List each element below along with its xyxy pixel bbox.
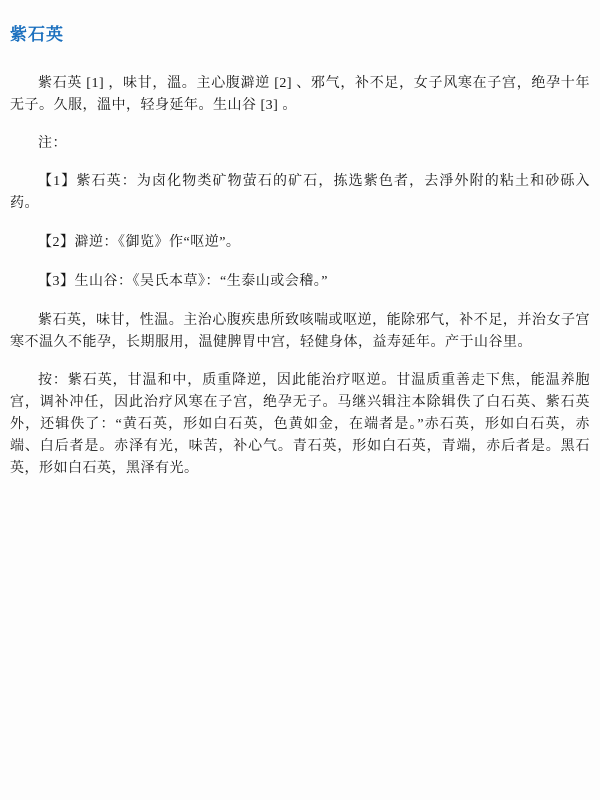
- note-item-3: 【3】生山谷：《吴氏本草》：“生泰山或会稽。”: [10, 271, 590, 293]
- notes-section-label: 注：: [10, 133, 590, 155]
- note-item-1: 【1】紫石英：为卤化物类矿物萤石的矿石，拣选紫色者，去淨外附的粘土和砂砾入药。: [10, 171, 590, 215]
- translation-paragraph: 紫石英，味甘，性温。主治心腹疾患所致咳喘或呕逆，能除邪气，补不足，并治女子宫寒不…: [10, 310, 590, 354]
- commentary-paragraph: 按：紫石英，甘温和中，质重降逆，因此能治疗呕逆。甘温质重善走下焦，能温养胞宫，调…: [10, 370, 590, 480]
- document-page: 紫石英 紫石英 [1] ，味甘，溫。主心腹澼逆 [2] 、邪气，补不足，女子风寒…: [0, 0, 600, 800]
- page-title: 紫石英: [10, 20, 590, 45]
- original-text-paragraph: 紫石英 [1] ，味甘，溫。主心腹澼逆 [2] 、邪气，补不足，女子风寒在子宫，…: [10, 73, 590, 117]
- note-item-2: 【2】澼逆：《御览》作“呕逆”。: [10, 232, 590, 254]
